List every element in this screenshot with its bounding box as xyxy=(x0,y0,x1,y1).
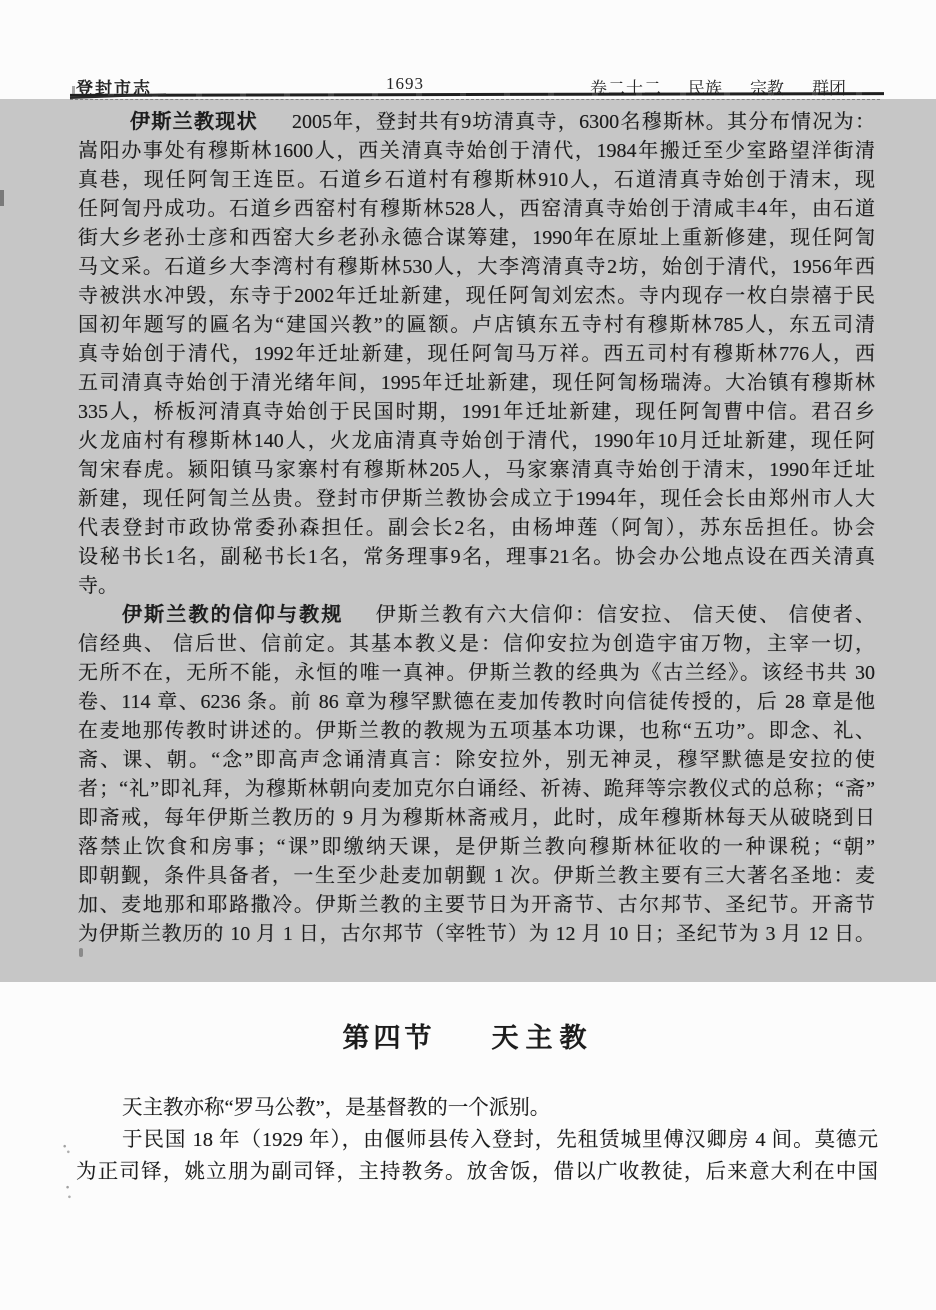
text-line: 寺。 xyxy=(78,572,875,601)
text-line: 寺被洪水冲毁，东寺于2002年迁址新建，现任阿訇刘宏杰。寺内现存一枚白崇禧于民 xyxy=(78,282,875,311)
text-line: 设秘书长1名，副秘书长1名，常务理事9名，理事21名。协会办公地点设在西关清真 xyxy=(78,543,875,572)
text-line: 信经典、 信后世、信前定。其基本教义是：信仰安拉为创造宇宙万物，主宰一切， xyxy=(78,630,875,659)
section-number: 第四节 xyxy=(343,1023,436,1053)
text-line: 火龙庙村有穆斯林140人，火龙庙清真寺始创于清代，1990年10月迁址新建，现任… xyxy=(78,427,875,456)
text-line: 在麦地那传教时讲述的。伊斯兰教的教规为五项基本功课，也称“五功”。即念、礼、 xyxy=(78,717,875,746)
text-line: 街大乡老孙士彦和西窑大乡老孙永德合谋筹建，1990年在原址上重新修建，现任阿訇 xyxy=(78,224,875,253)
text-run: 伊斯兰教有六大信仰：信安拉、 信天使、 信使者、 xyxy=(373,604,875,626)
text-line: 天主教亦称“罗马公教”，是基督教的一个派别。 xyxy=(76,1092,878,1124)
text-line: 代表登封市政协常委孙森担任。副会长2名，由杨坤莲（阿訇），苏东岳担任。协会 xyxy=(78,514,875,543)
body-text: 伊斯兰教现状2005年，登封共有9坊清真寺，6300名穆斯林。其分布情况为： 嵩… xyxy=(78,108,875,949)
text-line: 即朝觐，条件具备者，一生至少赴麦加朝觐 1 次。伊斯兰教主要有三大著名圣地：麦 xyxy=(78,862,875,891)
page-number: 1693 xyxy=(386,74,424,94)
text-line: 嵩阳办事处有穆斯林1600人，西关清真寺始创于清代，1984年搬迁至少室路望洋街… xyxy=(78,137,875,166)
paragraph-heading: 伊斯兰教的信仰与教规 xyxy=(122,604,343,626)
text-line: 无所不在，无所不能，永恒的唯一真神。伊斯兰教的经典为《古兰经》。该经书共 30 xyxy=(78,659,875,688)
text-line: 五司清真寺始创于清光绪年间，1995年迁址新建，现任阿訇杨瑞涛。大冶镇有穆斯林 xyxy=(78,369,875,398)
text-line: 伊斯兰教现状2005年，登封共有9坊清真寺，6300名穆斯林。其分布情况为： xyxy=(78,108,875,137)
scan-artifact xyxy=(62,1142,71,1156)
section-title: 天主教 xyxy=(492,1023,594,1053)
text-line: 335人，桥板河清真寺始创于民国时期，1991年迁址新建，现任阿訇曹中信。君召乡 xyxy=(78,398,875,427)
text-line: 国初年题写的匾名为“建国兴教”的匾额。卢店镇东五寺村有穆斯林785人，东五司清 xyxy=(78,311,875,340)
text-line: 卷、114 章、6236 条。前 86 章为穆罕默德在麦加传教时向信徒传授的，后… xyxy=(78,688,875,717)
text-line: 于民国 18 年（1929 年），由偃师县传入登封，先租赁城里傅汉卿房 4 间。… xyxy=(76,1124,878,1156)
text-line: 马文采。石道乡大李湾村有穆斯林530人，大李湾清真寺2坊，始创于清代，1956年… xyxy=(78,253,875,282)
catholic-section-text: 天主教亦称“罗马公教”，是基督教的一个派别。 于民国 18 年（1929 年），… xyxy=(76,1092,878,1188)
text-line: 訇宋春虎。颍阳镇马家寨村有穆斯林205人，马家寨清真寺始创于清末，1990年迁址 xyxy=(78,456,875,485)
text-line: 落禁止饮食和房事；“课”即缴纳天课，是伊斯兰教向穆斯林征收的一种课税；“朝” xyxy=(78,833,875,862)
text-line: 真寺始创于清代，1992年迁址新建，现任阿訇马万祥。西五司村有穆斯林776人，西 xyxy=(78,340,875,369)
text-line: 任阿訇丹成功。石道乡西窑村有穆斯林528人，西窑清真寺始创于清咸丰4年，由石道 xyxy=(78,195,875,224)
band-top-edge xyxy=(70,99,880,100)
text-line: 真巷，现任阿訇王连臣。石道乡石道村有穆斯林910人，石道清真寺始创于清末，现 xyxy=(78,166,875,195)
paragraph-heading: 伊斯兰教现状 xyxy=(130,111,258,133)
scan-artifact xyxy=(64,1184,73,1200)
text-line: 者；“礼”即礼拜，为穆斯林朝向麦加克尔白诵经、祈祷、跪拜等宗教仪式的总称；“斋” xyxy=(78,775,875,804)
scanned-page: 登封市志 1693 卷二十二 民族 宗教 群团 伊斯兰教现状2005年，登封共有… xyxy=(0,0,936,1310)
text-run: 2005年，登封共有9坊清真寺，6300名穆斯林。其分布情况为： xyxy=(292,111,875,133)
text-line: 斋、课、朝。“念”即高声念诵清真言：除安拉外，别无神灵，穆罕默德是安拉的使 xyxy=(78,746,875,775)
scan-artifact xyxy=(72,86,75,94)
scan-artifact xyxy=(0,190,4,206)
text-line: 新建，现任阿訇兰丛贵。登封市伊斯兰教协会成立于1994年，现任会长由郑州市人大 xyxy=(78,485,875,514)
text-line: 为正司铎，姚立朋为副司铎，主持教务。放舍饭，借以广收教徒，后来意大利在中国 xyxy=(76,1156,878,1188)
text-line: 为伊斯兰教历的 10 月 1 日，古尔邦节（宰牲节）为 12 月 10 日；圣纪… xyxy=(78,920,875,949)
text-line: 加、麦地那和耶路撒冷。伊斯兰教的主要节日为开斋节、古尔邦节、圣纪节。开斋节 xyxy=(78,891,875,920)
text-line: 即斋戒，每年伊斯兰教历的 9 月为穆斯林斋戒月，此时，成年穆斯林每天从破晓到日 xyxy=(78,804,875,833)
section-heading: 第四节天主教 xyxy=(0,1016,936,1055)
text-line: 伊斯兰教的信仰与教规伊斯兰教有六大信仰：信安拉、 信天使、 信使者、 xyxy=(78,601,875,630)
scan-artifact xyxy=(79,948,83,957)
